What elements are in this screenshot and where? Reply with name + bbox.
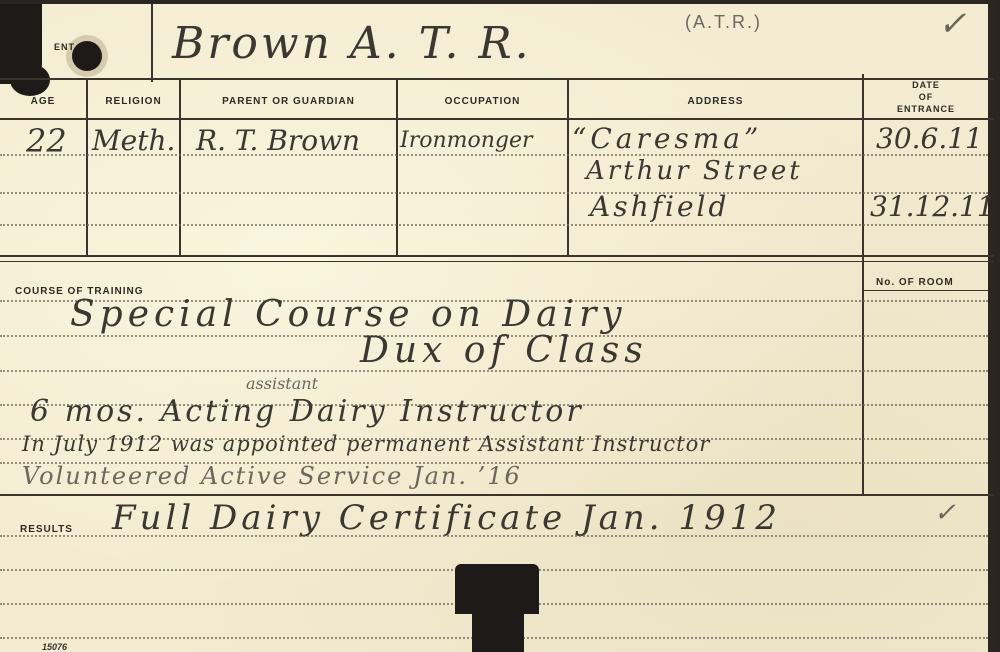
parent-value: R. T. Brown (196, 124, 360, 157)
name-value: Brown A. T. R. (172, 18, 532, 69)
course-line: In July 1912 was appointed permanent Ass… (22, 432, 710, 456)
results-value: Full Dairy Certificate Jan. 1912 (112, 498, 781, 538)
dotted-rule (0, 224, 988, 226)
age-value: 22 (26, 122, 67, 160)
room-label: No. OF ROOM (876, 277, 954, 288)
course-line: Special Course on Dairy (70, 294, 627, 335)
name-label: ENT (54, 42, 75, 52)
course-line: Dux of Class (360, 330, 648, 371)
rule (0, 261, 994, 262)
header-age: AGE (0, 82, 86, 122)
religion-value: Meth. (92, 124, 175, 157)
card-number: 15076 (42, 642, 67, 652)
header-date-line: DATE (912, 79, 940, 91)
dotted-rule (0, 535, 988, 537)
results-label: RESULTS (20, 524, 73, 535)
header-address: ADDRESS (569, 82, 862, 122)
date-exit-value: 31.12.11 (870, 190, 994, 223)
header-occupation: OCCUPATION (398, 82, 567, 122)
address-line: Ashfield (590, 190, 729, 223)
check-mark: ✓ (938, 4, 967, 44)
header-date-of-entrance: DATE OF ENTRANCE (864, 74, 988, 120)
course-insertion: assistant (246, 374, 318, 393)
rule (0, 78, 994, 80)
record-card: ENT Brown A. T. R. (A.T.R.) ✓ AGE RELIGI… (0, 0, 994, 652)
header-date-line: OF (919, 91, 934, 103)
occupation-value: Ironmonger (400, 128, 533, 153)
header-religion: RELIGION (88, 82, 179, 122)
header-date-line: ENTRANCE (897, 103, 955, 115)
rule (864, 290, 988, 291)
pencil-note: (A.T.R.) (685, 12, 762, 33)
divider (151, 4, 153, 82)
header-parent: PARENT OR GUARDIAN (181, 82, 396, 122)
date-entrance-value: 30.6.11 (876, 122, 983, 155)
punch-hole (72, 41, 102, 71)
address-line: Arthur Street (586, 156, 803, 186)
course-line: Volunteered Active Service Jan. ’16 (22, 462, 522, 490)
tab-cutout (472, 604, 524, 652)
results-check-mark: ✓ (934, 498, 956, 528)
rule (0, 255, 994, 257)
card-edge (988, 4, 994, 652)
rule (0, 494, 994, 496)
dotted-rule (0, 192, 988, 194)
address-line: “Caresma” (572, 122, 762, 155)
course-line: 6 mos. Acting Dairy Instructor (30, 394, 584, 429)
divider (862, 74, 864, 494)
